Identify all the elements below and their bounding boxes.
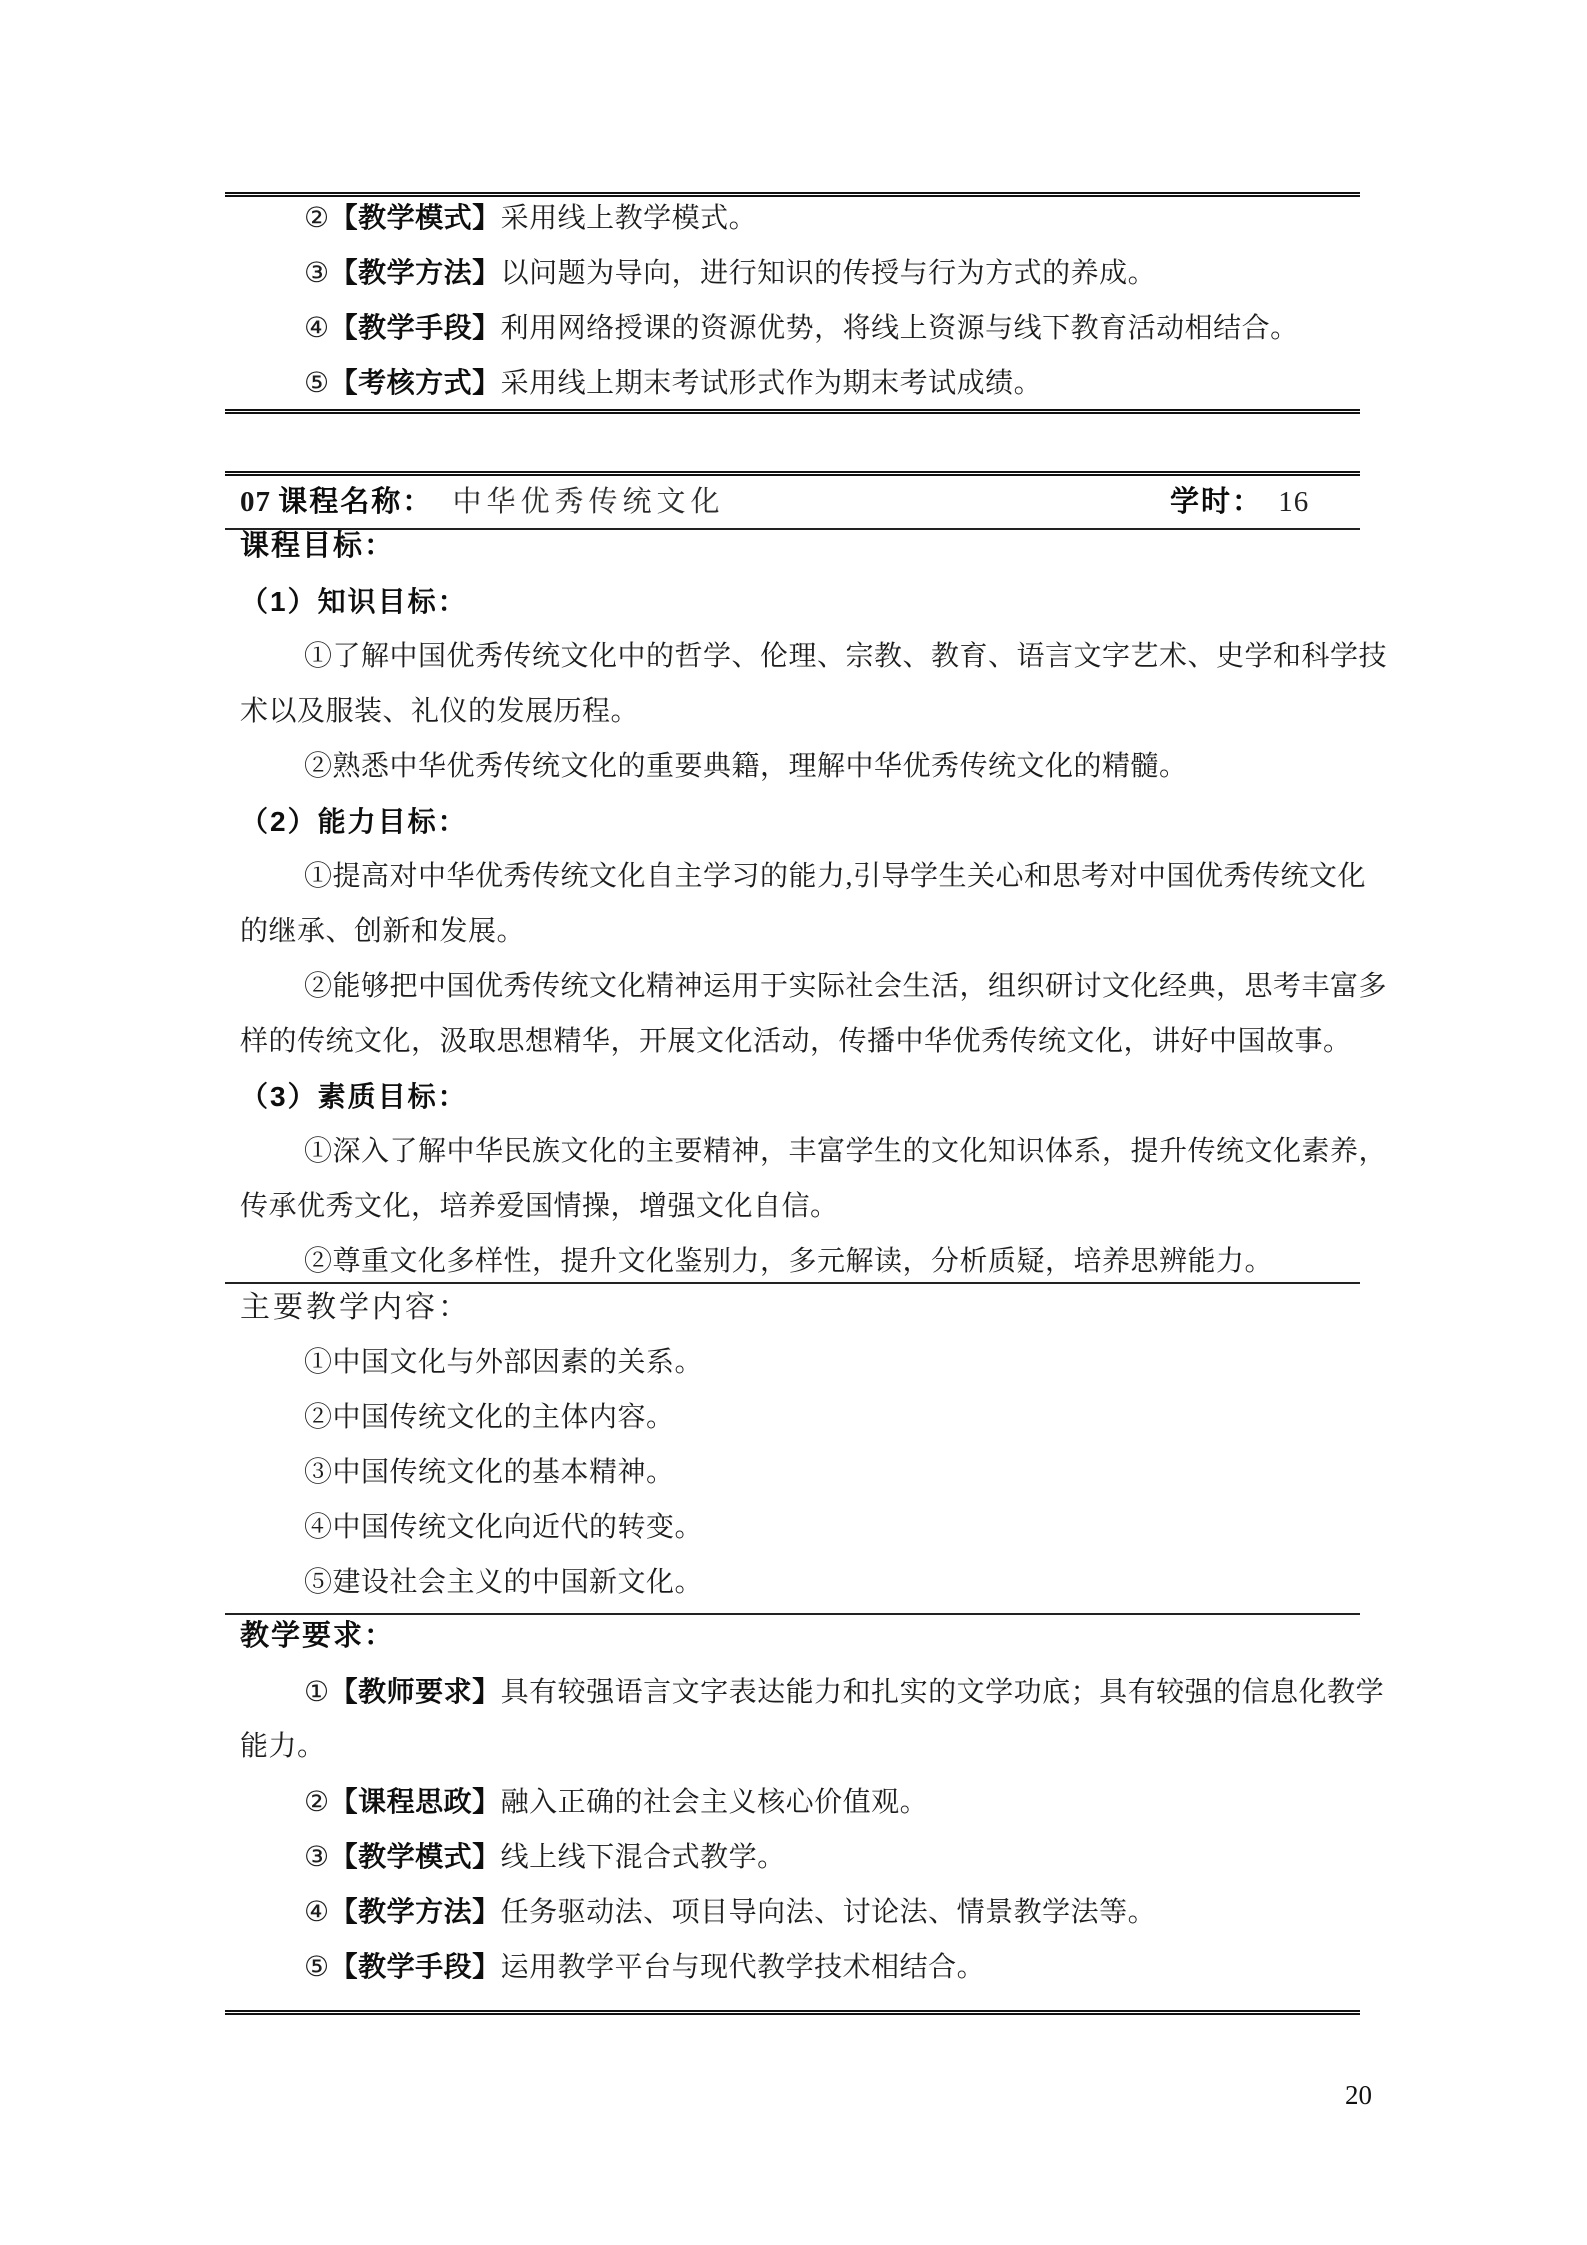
- objective-line: ①深入了解中华民族文化的主要精神，丰富学生的文化知识体系，提升传统文化素养，: [225, 1124, 1360, 1179]
- section-teaching-content: 主要教学内容： ①中国文化与外部因素的关系。 ②中国传统文化的主体内容。 ③中国…: [225, 1280, 1360, 1615]
- bracket-term: 【教学模式】: [330, 1841, 501, 1872]
- item-number: ④: [304, 313, 330, 344]
- item-number: ②: [304, 203, 330, 234]
- requirement-line: ③【教学方法】以问题为导向，进行知识的传授与行为方式的养成。: [225, 245, 1360, 300]
- objective-line: 的继承、创新和发展。: [225, 904, 1360, 959]
- item-number: ②: [304, 1787, 330, 1818]
- course-header-row: 07 课程名称： 中华优秀传统文化 学时： 16: [225, 476, 1360, 530]
- bracket-term: 【教学方法】: [330, 1896, 501, 1927]
- objective-line: ①了解中国优秀传统文化中的哲学、伦理、宗教、教育、语言文字艺术、史学和科学技: [225, 629, 1360, 684]
- item-text: 线上线下混合式教学。: [501, 1842, 786, 1873]
- bracket-term: 【教学模式】: [330, 202, 501, 233]
- objective-subheading: （1）知识目标：: [225, 574, 1360, 629]
- requirement-line: ④【教学方法】任务驱动法、项目导向法、讨论法、情景教学法等。: [225, 1884, 1360, 1939]
- item-text: 能力。: [240, 1731, 326, 1762]
- bracket-term: 【教学手段】: [330, 312, 501, 343]
- requirement-line: 能力。: [225, 1719, 1360, 1774]
- item-text: 具有较强语言文字表达能力和扎实的文学功底；具有较强的信息化教学: [501, 1677, 1385, 1708]
- item-text: 采用线上期末考试形式作为期末考试成绩。: [501, 368, 1043, 399]
- item-number: ①: [304, 1677, 330, 1708]
- document-page: ②【教学模式】采用线上教学模式。 ③【教学方法】以问题为导向，进行知识的传授与行…: [0, 0, 1587, 2245]
- course-hours-group: 学时： 16: [1170, 476, 1309, 528]
- course-07-block: 07 课程名称： 中华优秀传统文化 学时： 16 课程目标： （1）知识目标： …: [225, 471, 1360, 2015]
- requirement-line: ④【教学手段】利用网络授课的资源优势，将线上资源与线下教育活动相结合。: [225, 300, 1360, 355]
- item-number: ⑤: [304, 368, 330, 399]
- requirement-line: ③【教学模式】线上线下混合式教学。: [225, 1829, 1360, 1884]
- requirement-line: ⑤【教学手段】运用教学平台与现代教学技术相结合。: [225, 1939, 1360, 1994]
- objective-subheading: （2）能力目标：: [225, 794, 1360, 849]
- item-number: ③: [304, 258, 330, 289]
- item-number: ④: [304, 1897, 330, 1928]
- content-item: ②中国传统文化的主体内容。: [225, 1390, 1360, 1445]
- content-item: ③中国传统文化的基本精神。: [225, 1445, 1360, 1500]
- content-item: ①中国文化与外部因素的关系。: [225, 1335, 1360, 1390]
- item-text: 任务驱动法、项目导向法、讨论法、情景教学法等。: [501, 1897, 1157, 1928]
- requirement-line: ①【教师要求】具有较强语言文字表达能力和扎实的文学功底；具有较强的信息化教学: [225, 1664, 1360, 1719]
- objective-line: ②熟悉中华优秀传统文化的重要典籍，理解中华优秀传统文化的精髓。: [225, 739, 1360, 794]
- requirement-line: ②【教学模式】采用线上教学模式。: [225, 190, 1360, 245]
- page-number: 20: [1300, 2078, 1372, 2112]
- prev-course-requirements-block: ②【教学模式】采用线上教学模式。 ③【教学方法】以问题为导向，进行知识的传授与行…: [225, 192, 1360, 414]
- bracket-term: 【教师要求】: [330, 1676, 501, 1707]
- bracket-term: 【课程思政】: [330, 1786, 501, 1817]
- item-text: 利用网络授课的资源优势，将线上资源与线下教育活动相结合。: [501, 313, 1299, 344]
- course-name: 中华优秀传统文化: [453, 486, 725, 518]
- item-text: 融入正确的社会主义核心价值观。: [501, 1787, 929, 1818]
- item-text: 以问题为导向，进行知识的传授与行为方式的养成。: [501, 258, 1157, 289]
- course-name-label: 课程名称：: [278, 486, 433, 518]
- item-text: 运用教学平台与现代教学技术相结合。: [501, 1952, 986, 1983]
- content-item: ④中国传统文化向近代的转变。: [225, 1500, 1360, 1555]
- requirement-line: ⑤【考核方式】采用线上期末考试形式作为期末考试成绩。: [225, 355, 1360, 410]
- course-title-group: 07 课程名称： 中华优秀传统文化: [240, 476, 725, 528]
- content-item: ⑤建设社会主义的中国新文化。: [225, 1555, 1360, 1610]
- objective-line: 传承优秀文化，培养爱国情操，增强文化自信。: [225, 1179, 1360, 1234]
- requirement-line: ②【课程思政】融入正确的社会主义核心价值观。: [225, 1774, 1360, 1829]
- item-text: 采用线上教学模式。: [501, 203, 758, 234]
- item-number: ③: [304, 1842, 330, 1873]
- objective-line: 样的传统文化，汲取思想精华，开展文化活动，传播中华优秀传统文化，讲好中国故事。: [225, 1014, 1360, 1069]
- objective-subheading: （3）素质目标：: [225, 1069, 1360, 1124]
- bracket-term: 【教学手段】: [330, 1951, 501, 1982]
- section-heading: 教学要求：: [225, 1609, 1360, 1664]
- hours-label: 学时：: [1170, 486, 1263, 518]
- section-course-objectives: 课程目标： （1）知识目标： ①了解中国优秀传统文化中的哲学、伦理、宗教、教育、…: [225, 519, 1360, 1284]
- objective-line: 术以及服装、礼仪的发展历程。: [225, 684, 1360, 739]
- bracket-term: 【教学方法】: [330, 257, 501, 288]
- objective-line: ①提高对中华优秀传统文化自主学习的能力,引导学生关心和思考对中国优秀传统文化: [225, 849, 1360, 904]
- item-number: ⑤: [304, 1952, 330, 1983]
- hours-value: 16: [1278, 486, 1309, 518]
- bracket-term: 【考核方式】: [330, 367, 501, 398]
- course-code: 07: [240, 486, 271, 518]
- section-teaching-requirements: 教学要求： ①【教师要求】具有较强语言文字表达能力和扎实的文学功底；具有较强的信…: [225, 1609, 1360, 1984]
- objective-line: ②能够把中国优秀传统文化精神运用于实际社会生活，组织研讨文化经典，思考丰富多: [225, 959, 1360, 1014]
